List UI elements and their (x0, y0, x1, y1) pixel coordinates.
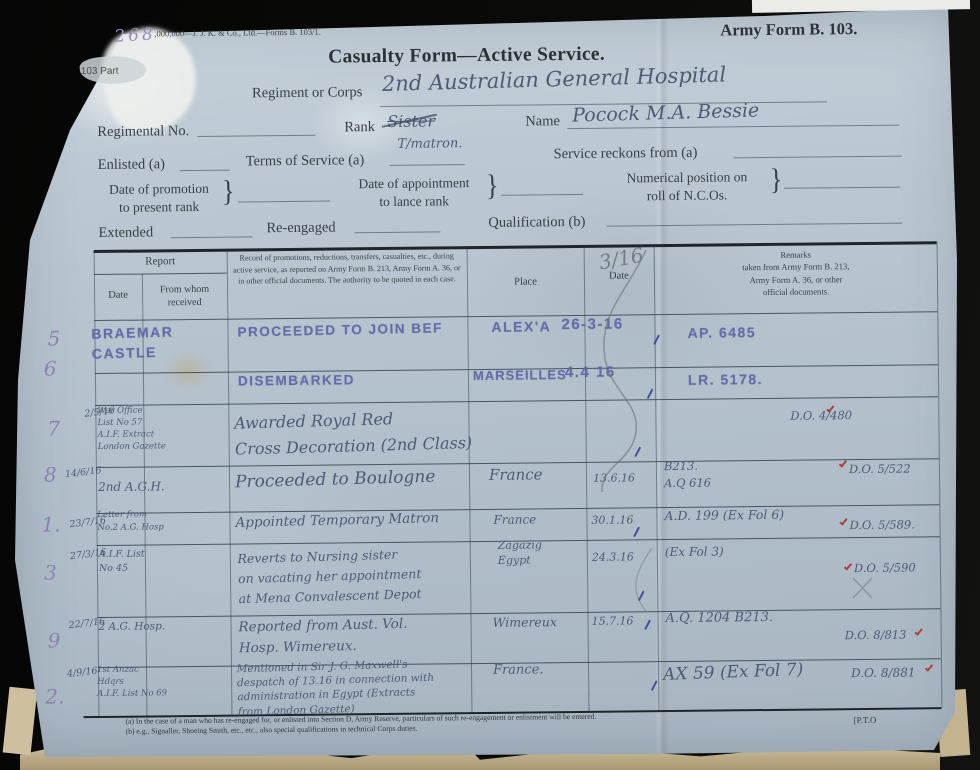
entry-from-whom: 1st Anzac Hdqrs A.I.F. List No 69 (97, 664, 167, 700)
name-label: Name (525, 113, 560, 130)
blank-line (734, 156, 902, 159)
entry-record: PROCEEDED TO JOIN BEF (237, 320, 443, 339)
entry-date: 24.3.16 (592, 550, 634, 563)
brace-glyph: } (770, 163, 783, 198)
ink-tick (634, 447, 641, 458)
entry-do-ref: D.O. 4/480 (790, 408, 852, 423)
ink-tick (633, 527, 640, 538)
entry-remarks: A.Q. 1204 B213. (665, 610, 773, 626)
blank-line (238, 201, 330, 203)
enlisted-label: Enlisted (a) (98, 156, 165, 174)
margin-number: 1. (41, 512, 60, 536)
regiment-label: Regiment or Corps (252, 84, 363, 102)
ink-tick (644, 619, 651, 630)
entry-place: MARSEILLES (473, 367, 567, 383)
red-check-icon (844, 562, 852, 571)
entry-record: Appointed Temporary Matron (235, 510, 439, 531)
entry-from-whom: A.I.F. List No 45 (99, 548, 145, 577)
header-report: Report (94, 255, 227, 268)
entry-remarks: A.D. 199 (Ex Fol 6) (664, 507, 784, 523)
header-remarks: Remarks taken from Army Form B. 213, Arm… (657, 247, 936, 300)
entry-do-ref: D.O. 8/881 (851, 665, 916, 680)
entry-place: France. (493, 662, 544, 678)
entry-date: 30.1.16 (591, 513, 633, 526)
row-rule (95, 396, 938, 406)
blank-line (170, 236, 252, 238)
blank-line (354, 231, 440, 233)
entry-record: Awarded Royal Red Cross Decoration (2nd … (234, 404, 473, 463)
ink-tick (638, 590, 645, 601)
name-value: Pocock M.A. Bessie (572, 99, 760, 126)
entry-from-whom: 2 A.G. Hosp. (99, 620, 166, 633)
report-underline (94, 273, 227, 275)
edge-form-fragment: 103 Part (81, 66, 119, 77)
reckons-label: Service reckons from (a) (554, 145, 698, 164)
entry-place: Wimereux (492, 614, 557, 630)
regimental-no-label: Regimental No. (97, 123, 189, 141)
margin-number: 5 (47, 326, 60, 350)
entry-place: ALEX'A (491, 318, 551, 335)
brace-glyph: } (486, 169, 499, 204)
header-date-received: Date (94, 290, 142, 302)
margin-number: 2. (45, 684, 64, 708)
header-place: Place (467, 276, 584, 288)
rank-label: Rank (344, 119, 375, 136)
table-border-right (937, 241, 943, 707)
ink-tick (651, 680, 658, 691)
numerical-label: Numerical position on roll of N.C.Os. (604, 168, 770, 205)
blank-line (197, 135, 315, 137)
rank-value: T/matron. (397, 136, 462, 152)
entry-date: 13.6.16 (593, 471, 635, 484)
entry-remarks: (Ex Fol 3) (665, 544, 724, 559)
blank-line (501, 194, 583, 196)
ink-tick (647, 388, 654, 399)
entry-do-ref: D.O. 8/813 (845, 628, 907, 643)
red-check-icon (925, 663, 933, 672)
entry-from-whom: War Office List No 57 A.I.F. Extract Lon… (97, 405, 166, 453)
form-content: 268 103 Part ,000,000—J. J. K. & Co., Lt… (0, 0, 980, 770)
entry-remarks: AP. 6485 (687, 324, 756, 341)
margin-number: 3 (44, 560, 57, 584)
blank-line (390, 164, 465, 166)
entry-from-whom: Letter from No.2 A.G. Hosp (97, 508, 164, 534)
scanned-document: 268 103 Part ,000,000—J. J. K. & Co., Lt… (0, 0, 980, 770)
pto-label: [P.T.O (854, 715, 877, 725)
appointment-label: Date of appointment to lance rank (341, 174, 487, 211)
entry-record: Reverts to Nursing sister on vacating he… (237, 544, 422, 609)
red-check-icon (839, 517, 847, 526)
extended-label: Extended (98, 224, 153, 242)
blank-line (784, 187, 900, 189)
entry-date-received: 4/9/16 (67, 665, 99, 679)
entry-date: 15.7.16 (591, 614, 633, 627)
entry-record: Reported from Aust. Vol. Hosp. Wimereux. (238, 614, 408, 659)
entry-date: 26-3-16 (561, 315, 623, 333)
red-check-icon (915, 627, 923, 636)
entry-record: Proceeded to Boulogne (235, 467, 436, 493)
blank-line (180, 170, 230, 172)
header-from-whom: From whom received (142, 283, 227, 310)
margin-number: 7 (47, 416, 60, 440)
entry-place: Zagazig Egypt (498, 538, 542, 568)
printer-imprint: ,000,000—J. J. K. & Co., Ltd.—Forms B. 1… (154, 27, 321, 39)
archive-page-number: 268 (114, 24, 157, 47)
brace-glyph: } (222, 174, 235, 209)
entry-remarks: AX 59 (Ex Fol 7) (663, 660, 804, 685)
entry-from-whom: BRAEMAR CASTLE (91, 321, 174, 364)
terms-label: Terms of Service (a) (246, 152, 365, 170)
entry-do-ref: D.O. 5/589. (849, 517, 914, 532)
margin-number: 9 (48, 628, 61, 652)
header-record: Record of promotions, reductions, transf… (232, 250, 462, 287)
blank-line (606, 223, 902, 227)
entry-do-ref: D.O. 5/522 (849, 461, 911, 476)
entry-place: France (493, 512, 536, 526)
margin-number: 8 (44, 462, 57, 486)
promotion-label: Date of promotion to present rank (96, 180, 222, 216)
entry-remarks: LR. 5178. (688, 371, 763, 388)
form-number: Army Form B. 103. (720, 19, 857, 40)
entry-date: 4.4 16 (565, 364, 616, 382)
entry-record: DISEMBARKED (238, 372, 355, 388)
entry-from-whom: 2nd A.G.H. (98, 479, 165, 494)
qualification-label: Qualification (b) (488, 214, 585, 232)
entry-record: Mentioned in Sir J. G. Maxwell's despatc… (236, 657, 435, 719)
reengaged-label: Re-engaged (266, 220, 335, 238)
header-event-date: Date (584, 270, 654, 282)
entry-place: France (489, 465, 543, 484)
entry-do-ref: D.O. 5/590 (854, 560, 916, 575)
entry-remarks: B213. A.Q 616 (664, 458, 711, 493)
margin-number: 6 (44, 356, 57, 380)
